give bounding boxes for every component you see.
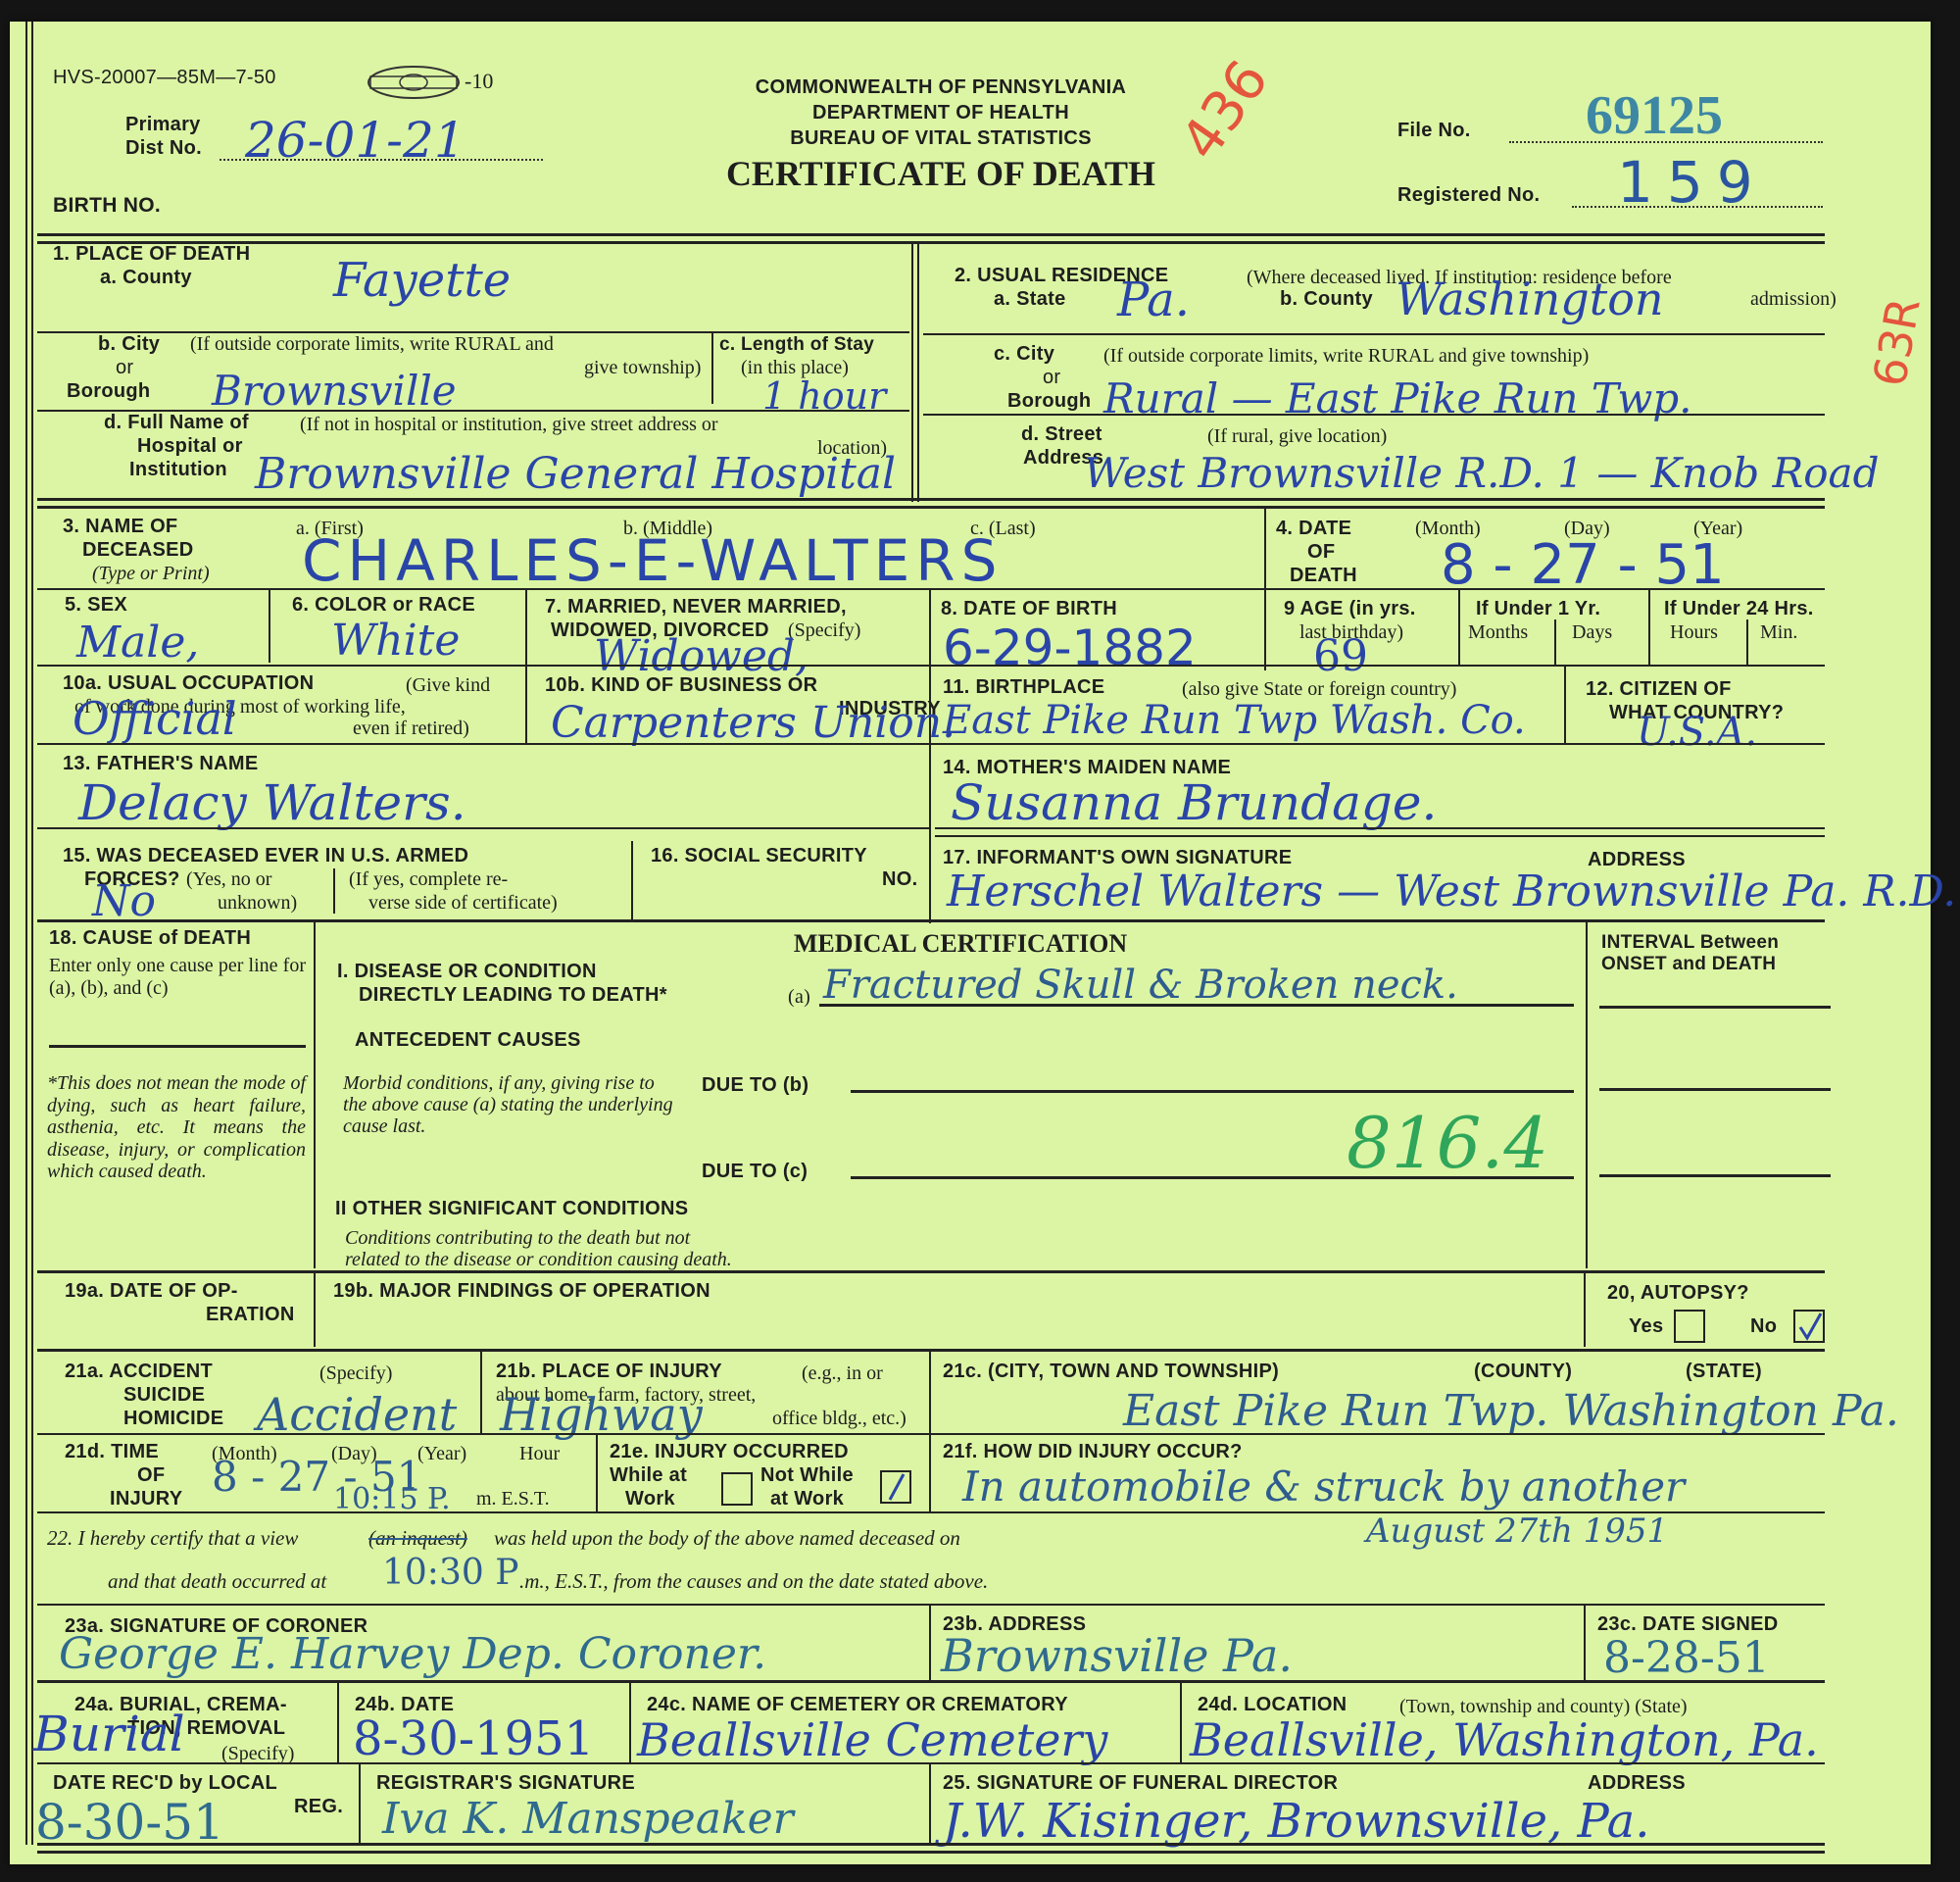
other-conditions-hint-2: related to the disease or condition caus… (345, 1249, 732, 1270)
divider (1746, 619, 1748, 665)
divider (359, 1764, 361, 1843)
armed-forces-hint-2: unknown) (218, 892, 297, 914)
injury-state-label: (STATE) (1686, 1361, 1762, 1383)
birthplace-hint: (also give State or foreign country) (1182, 678, 1456, 700)
residence-street-value[interactable]: West Brownsville R.D. 1 — Knob Road (1084, 449, 1879, 497)
injury-type-label: 21a. ACCIDENT (65, 1361, 213, 1383)
not-while-at-work-checkbox[interactable] (880, 1470, 911, 1504)
disease-label-2: DIRECTLY LEADING TO DEATH* (359, 984, 667, 1007)
injury-type-label-3: HOMICIDE (123, 1408, 223, 1430)
res-or-label: or (1043, 367, 1060, 389)
armed-forces-hint-3: (If yes, complete re- (349, 868, 508, 890)
injury-time-of-label: OF (137, 1464, 165, 1487)
age-label: 9 AGE (in yrs. (1284, 598, 1416, 620)
injury-hour-label: Hour (519, 1443, 560, 1464)
divider (337, 1682, 339, 1762)
hospital-label: d. Full Name of (104, 412, 249, 434)
divider (935, 827, 1825, 829)
residence-hint-2: admission) (1750, 288, 1837, 310)
divider (923, 414, 1825, 416)
res-city-hint: (If outside corporate limits, write RURA… (1103, 345, 1589, 367)
operation-date-label-2: ERATION (206, 1304, 295, 1326)
divider (929, 1764, 931, 1843)
divider (37, 233, 1825, 236)
business-value[interactable]: Carpenters Union. (551, 698, 955, 748)
street-label: d. Street (1021, 423, 1102, 446)
while-work-label: While at (610, 1464, 687, 1487)
divider (37, 241, 1825, 244)
institution-label: Institution (129, 459, 227, 481)
divider (1584, 1272, 1586, 1347)
death-certificate: HVS-20007—85M—7-50 -10 Primary Dist No. … (10, 22, 1931, 1864)
primary-dist-no: 26-01-21 (245, 112, 465, 169)
form-code: HVS-20007—85M—7-50 (53, 67, 276, 89)
divider (935, 835, 1825, 837)
divider (37, 1843, 1825, 1846)
father-value[interactable]: Delacy Walters. (78, 774, 466, 831)
birthplace-label: 11. BIRTHPLACE (943, 676, 1104, 699)
divider (333, 868, 335, 914)
registrar-signature[interactable]: Iva K. Manspeaker (382, 1794, 794, 1844)
divider (480, 1351, 482, 1433)
injury-place-hint-3: office bldg., etc.) (772, 1408, 906, 1429)
registrar-label: REGISTRAR'S SIGNATURE (376, 1772, 635, 1795)
divider (1564, 667, 1566, 743)
residence-state-value[interactable]: Pa. (1117, 272, 1190, 327)
coroner-signature[interactable]: George E. Harvey Dep. Coroner. (59, 1629, 766, 1679)
place-of-death-title: 1. PLACE OF DEATH (53, 243, 250, 266)
dod-death-label: DEATH (1290, 565, 1357, 587)
autopsy-yes-label: Yes (1629, 1315, 1663, 1338)
date-received-label: DATE REC'D by LOCAL (53, 1772, 277, 1795)
state-label: a. State (994, 288, 1066, 311)
borough-label: Borough (67, 380, 150, 403)
due-to-b-label: DUE TO (b) (702, 1074, 808, 1097)
cause-footnote: *This does not mean the mode of dying, s… (47, 1072, 306, 1183)
or-label: or (116, 357, 133, 379)
age-value[interactable]: 69 (1313, 631, 1368, 681)
line-a-value[interactable]: Fractured Skull & Broken neck. (823, 963, 1458, 1008)
funeral-address-label: ADDRESS (1588, 1772, 1686, 1795)
citizen-label: 12. CITIZEN OF (1586, 678, 1732, 701)
inquest-date-value[interactable]: August 27th 1951 (1366, 1511, 1668, 1551)
divider (1586, 921, 1588, 1268)
cause-of-death-label: 18. CAUSE of DEATH (49, 927, 251, 950)
divider (929, 1606, 931, 1680)
hospital-value[interactable]: Brownsville General Hospital (255, 449, 896, 499)
dod-of-label: OF (1307, 541, 1335, 564)
divider (37, 1762, 1825, 1764)
margin-annotation: 63R (1863, 294, 1931, 391)
injury-time-label: 21d. TIME (65, 1441, 159, 1463)
divider (49, 1045, 306, 1048)
cemetery-value[interactable]: Beallsville Cemetery (637, 1713, 1107, 1766)
union-label-suffix: -10 (465, 71, 493, 92)
divider (37, 588, 1825, 590)
res-city-label: c. City (994, 343, 1054, 366)
sex-label: 5. SEX (65, 594, 127, 617)
birthplace-value[interactable]: East Pike Run Twp Wash. Co. (943, 698, 1526, 743)
mother-value[interactable]: Susanna Brundage. (951, 774, 1437, 831)
disposition-specify: (Specify) (221, 1743, 294, 1764)
medical-certification-title: MEDICAL CERTIFICATION (696, 929, 1225, 959)
divider (917, 243, 919, 502)
other-conditions-label: II OTHER SIGNIFICANT CONDITIONS (335, 1198, 688, 1220)
divider (929, 747, 931, 923)
date-received-reg-label: REG. (294, 1796, 343, 1818)
how-injury-value[interactable]: In automobile & struck by another (962, 1462, 1685, 1511)
street-hint: (If rural, give location) (1207, 425, 1387, 447)
disposition-value[interactable]: Burial (33, 1706, 185, 1762)
autopsy-no-label: No (1750, 1315, 1777, 1338)
occupation-hint-3: even if retired) (353, 718, 469, 739)
due-to-c-label: DUE TO (c) (702, 1161, 808, 1183)
divider (1648, 590, 1650, 665)
divider (911, 243, 913, 502)
autopsy-no-checkbox[interactable] (1793, 1310, 1825, 1343)
how-injury-label: 21f. HOW DID INJURY OCCUR? (943, 1441, 1243, 1463)
cert-line-2b: .m., E.S.T., from the causes and on the … (519, 1570, 988, 1592)
residence-county-label: b. County (1280, 288, 1373, 311)
injury-type-label-2: SUICIDE (123, 1384, 205, 1407)
divider (37, 506, 1825, 509)
injury-location-value[interactable]: East Pike Run Twp. Washington Pa. (1123, 1386, 1899, 1436)
not-while-label-2: at Work (770, 1488, 844, 1511)
while-work-label-2: Work (625, 1488, 675, 1511)
informant-value[interactable]: Herschel Walters — West Brownsville Pa. … (947, 867, 1956, 916)
months-label: Months (1468, 621, 1528, 643)
divider (37, 665, 1825, 667)
stay-label: c. Length of Stay (719, 333, 874, 356)
hospital-label-2: Hospital or (137, 435, 243, 458)
coroner-address-value[interactable]: Brownsville Pa. (941, 1629, 1293, 1682)
autopsy-label: 20, AUTOPSY? (1607, 1282, 1749, 1305)
cert-line-2a: and that death occurred at (108, 1570, 326, 1592)
union-label-icon (365, 65, 463, 100)
funeral-director-label: 25. SIGNATURE OF FUNERAL DIRECTOR (943, 1772, 1338, 1795)
death-time-value[interactable]: 10:30 P (382, 1553, 518, 1593)
divider (37, 1680, 1825, 1683)
injury-place-label: 21b. PLACE OF INJURY (496, 1361, 722, 1383)
deceased-name-value[interactable]: CHARLES-E-WALTERS (302, 527, 1003, 594)
registered-no-value: 159 (1617, 149, 1767, 216)
divider (629, 1682, 631, 1762)
line-b-underline (851, 1090, 1574, 1093)
date-signed-value[interactable]: 8-28-51 (1603, 1633, 1770, 1683)
citizen-value[interactable]: U.S.A. (1637, 710, 1757, 755)
cert-line-1b: was held upon the body of the above name… (494, 1527, 960, 1549)
divider (37, 498, 1825, 501)
divider (37, 1349, 1825, 1352)
divider (37, 743, 1825, 745)
autopsy-yes-checkbox[interactable] (1674, 1310, 1705, 1343)
ssn-label: 16. SOCIAL SECURITY (651, 845, 867, 867)
county-label: a. County (100, 267, 192, 289)
divider (37, 1270, 1825, 1273)
primary-label: Primary (125, 114, 201, 136)
agency-line-2: DEPARTMENT OF HEALTH (657, 102, 1225, 124)
residence-county-value[interactable]: Washington (1396, 272, 1664, 325)
injury-county-label: (COUNTY) (1474, 1361, 1572, 1383)
burial-date-value[interactable]: 8-30-1951 (353, 1711, 594, 1766)
agency-line-3: BUREAU OF VITAL STATISTICS (657, 127, 1225, 150)
interval-line-b (1599, 1088, 1831, 1091)
antecedent-label: ANTECEDENT CAUSES (355, 1029, 581, 1052)
divider (1264, 590, 1266, 670)
not-while-label: Not While (760, 1464, 854, 1487)
hours-label: Hours (1670, 621, 1718, 643)
divider (314, 1272, 316, 1347)
divider (37, 1604, 1825, 1606)
birth-no-label: BIRTH NO. (53, 194, 161, 217)
city-hint: (If outside corporate limits, write RURA… (190, 333, 554, 355)
armed-forces-hint-4: verse side of certificate) (368, 892, 558, 914)
divider (314, 921, 316, 1268)
business-label: 10b. KIND OF BUSINESS OR (545, 674, 817, 697)
divider (1554, 619, 1556, 665)
disease-label: I. DISEASE OR CONDITION (337, 961, 597, 983)
injury-year-label: (Year) (417, 1443, 466, 1464)
line-c-underline (851, 1176, 1574, 1179)
injury-place-hint: (e.g., in or (802, 1362, 883, 1384)
morbid-hint: Morbid conditions, if any, giving rise t… (343, 1072, 680, 1137)
interval-label: INTERVAL Between (1601, 931, 1779, 954)
injury-type-specify: (Specify) (319, 1362, 392, 1384)
burial-location-value[interactable]: Beallsville, Washington, Pa. (1190, 1713, 1819, 1766)
dod-label: 4. DATE (1276, 518, 1351, 540)
armed-forces-hint: (Yes, no or (186, 868, 271, 890)
hospital-hint: (If not in hospital or institution, give… (300, 414, 718, 435)
line-a-label: (a) (788, 986, 810, 1009)
cause-hint: Enter only one cause per line for (a), (… (49, 955, 306, 1000)
while-at-work-checkbox[interactable] (721, 1472, 753, 1506)
divider (929, 1351, 931, 1511)
divider (1458, 590, 1460, 665)
checkmark-icon (1795, 1312, 1823, 1341)
dob-value[interactable]: 6-29-1882 (943, 619, 1197, 676)
file-no-label: File No. (1397, 120, 1471, 142)
sex-value[interactable]: Male, (76, 618, 199, 668)
death-city-value[interactable]: Brownsville (212, 367, 457, 415)
operation-findings-label: 19b. MAJOR FINDINGS OF OPERATION (333, 1280, 710, 1303)
race-label: 6. COLOR or RACE (292, 594, 475, 617)
dist-no-label: Dist No. (125, 137, 202, 160)
divider (37, 827, 929, 829)
occupation-hint: (Give kind (406, 674, 490, 696)
under-24hrs-label: If Under 24 Hrs. (1664, 598, 1814, 620)
divider (37, 1851, 1825, 1854)
armed-forces-label: 15. WAS DECEASED EVER IN U.S. ARMED (63, 845, 468, 867)
race-value[interactable]: White (331, 616, 460, 666)
divider (1180, 1682, 1182, 1762)
divider (37, 919, 1825, 922)
left-border (25, 22, 33, 1845)
checkmark-icon (882, 1472, 909, 1502)
death-county-value[interactable]: Fayette (333, 253, 511, 308)
cert-strikethrough: (an inquest) (368, 1527, 467, 1549)
interval-label-2: ONSET and DEATH (1601, 953, 1776, 975)
marital-label: 7. MARRIED, NEVER MARRIED, (545, 596, 847, 619)
operation-date-label: 19a. DATE OF OP- (65, 1280, 238, 1303)
file-no-value: 69125 (1586, 84, 1723, 147)
divider (269, 590, 270, 663)
divider (37, 1433, 1825, 1435)
divider (1584, 1606, 1586, 1680)
ssn-no-label: NO. (882, 868, 917, 891)
injury-time-injury-label: INJURY (110, 1488, 182, 1511)
divider (711, 333, 713, 404)
res-borough-label: Borough (1007, 390, 1091, 413)
interval-line-a (1599, 1006, 1831, 1009)
city-label: b. City (98, 333, 160, 356)
type-or-print-label: (Type or Print) (92, 563, 210, 584)
father-label: 13. FATHER'S NAME (63, 753, 259, 775)
injury-location-label: 21c. (CITY, TOWN AND TOWNSHIP) (943, 1361, 1279, 1383)
divider (1264, 508, 1266, 588)
divider (923, 333, 1825, 335)
green-cause-code: 816.4 (1347, 1102, 1548, 1184)
funeral-director-signature[interactable]: J.W. Kisinger, Brownsville, Pa. (943, 1794, 1650, 1849)
divider (596, 1435, 598, 1511)
certificate-title: CERTIFICATE OF DEATH (657, 153, 1225, 194)
city-hint-2: give township) (584, 357, 701, 378)
injury-occurred-label: 21e. INJURY OCCURRED (610, 1441, 849, 1463)
name-label: 3. NAME OF (63, 516, 177, 538)
deceased-label: DECEASED (82, 539, 194, 562)
days-label: Days (1572, 621, 1612, 643)
agency-line-1: COMMONWEALTH OF PENNSYLVANIA (657, 76, 1225, 99)
divider (631, 841, 633, 919)
registered-no-label: Registered No. (1397, 184, 1540, 207)
divider (525, 590, 527, 743)
other-conditions-hint: Conditions contributing to the death but… (345, 1227, 690, 1249)
min-label: Min. (1760, 621, 1797, 643)
cert-line-1a: 22. I hereby certify that a view (47, 1527, 298, 1549)
interval-line-c (1599, 1174, 1831, 1177)
dob-label: 8. DATE OF BIRTH (941, 598, 1117, 620)
under-1yr-label: If Under 1 Yr. (1476, 598, 1600, 620)
est-label: m. E.S.T. (476, 1488, 550, 1510)
occupation-value[interactable]: Official (73, 692, 237, 745)
